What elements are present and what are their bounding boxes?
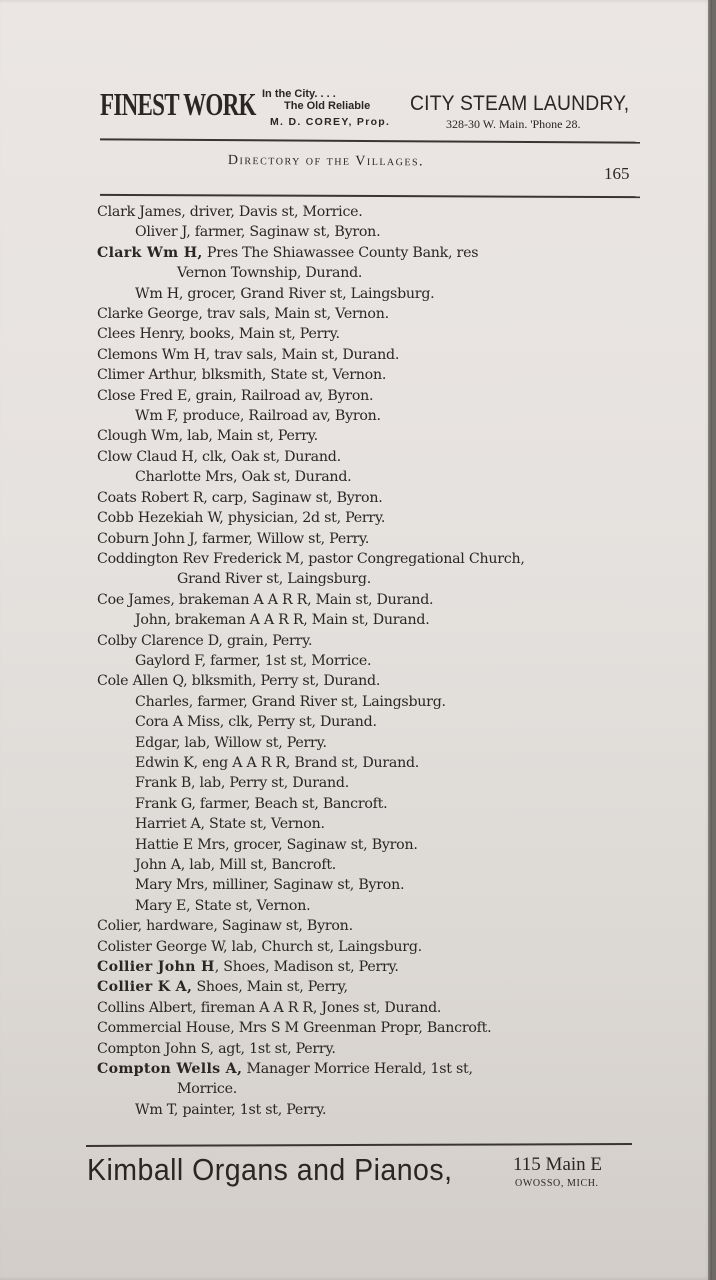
- entry-text: Mary E, State st, Vernon.: [135, 898, 310, 914]
- entry-text: Cobb Hezekiah W, physician, 2d st, Perry…: [97, 510, 385, 526]
- entry-bold-name: Clark Wm H,: [97, 245, 203, 261]
- directory-entry: Vernon Township, Durand.: [97, 263, 657, 283]
- entry-text: Coe James, brakeman A A R R, Main st, Du…: [97, 592, 433, 608]
- directory-entry: Charlotte Mrs, Oak st, Durand.: [97, 467, 657, 487]
- entry-bold-name: Collier John H: [97, 959, 215, 975]
- directory-entry: Grand River st, Laingsburg.: [97, 569, 657, 589]
- page-number: 165: [604, 164, 630, 184]
- entry-text: Wm H, grocer, Grand River st, Laingsburg…: [135, 286, 434, 302]
- directory-entry: Cole Allen Q, blksmith, Perry st, Durand…: [97, 671, 657, 691]
- entry-text: Pres The Shiawassee County Bank, res: [203, 245, 479, 261]
- entry-text: Charles, farmer, Grand River st, Laingsb…: [135, 694, 446, 710]
- entry-text: Morrice.: [177, 1081, 237, 1097]
- directory-entry: Frank G, farmer, Beach st, Bancroft.: [97, 794, 657, 814]
- entry-text: Climer Arthur, blksmith, State st, Verno…: [97, 367, 386, 383]
- directory-entry: Clark James, driver, Davis st, Morrice.: [97, 202, 657, 222]
- directory-entry: Hattie E Mrs, grocer, Saginaw st, Byron.: [97, 835, 657, 855]
- entry-text: Manager Morrice Herald, 1st st,: [242, 1061, 473, 1077]
- entry-text: Collins Albert, fireman A A R R, Jones s…: [97, 1000, 441, 1016]
- entry-text: Grand River st, Laingsburg.: [177, 571, 371, 587]
- entry-text: Wm F, produce, Railroad av, Byron.: [135, 408, 381, 424]
- ad-business-name: CITY STEAM LAUNDRY,: [410, 92, 629, 116]
- footer-advertisement: Kimball Organs and Pianos, 115 Main E OW…: [87, 1152, 647, 1200]
- entry-text: Mary Mrs, milliner, Saginaw st, Byron.: [135, 877, 404, 893]
- entry-text: Hattie E Mrs, grocer, Saginaw st, Byron.: [135, 837, 418, 853]
- directory-entry: Frank B, lab, Perry st, Durand.: [97, 773, 657, 793]
- footer-ad-address: 115 Main E: [513, 1154, 602, 1176]
- directory-entry: Morrice.: [97, 1079, 657, 1099]
- directory-entry: Gaylord F, farmer, 1st st, Morrice.: [97, 651, 657, 671]
- directory-entry: Coats Robert R, carp, Saginaw st, Byron.: [97, 488, 657, 508]
- book-page: FINEST WORK In the City. . . . The Old R…: [0, 0, 712, 1280]
- directory-listing: Clark James, driver, Davis st, Morrice.O…: [97, 202, 657, 1120]
- page-edge: [708, 0, 712, 1280]
- entry-text: Edwin K, eng A A R R, Brand st, Durand.: [135, 755, 419, 771]
- directory-entry: Colister George W, lab, Church st, Laing…: [97, 937, 657, 957]
- entry-bold-name: Collier K A,: [97, 979, 192, 995]
- entry-text: Clow Claud H, clk, Oak st, Durand.: [97, 449, 341, 465]
- directory-entry: John, brakeman A A R R, Main st, Durand.: [97, 610, 657, 630]
- entry-text: Coddington Rev Frederick M, pastor Congr…: [97, 551, 525, 567]
- directory-entry: Charles, farmer, Grand River st, Laingsb…: [97, 692, 657, 712]
- entry-text: Compton John S, agt, 1st st, Perry.: [97, 1041, 336, 1057]
- directory-entry: Cora A Miss, clk, Perry st, Durand.: [97, 712, 657, 732]
- directory-entry: Edwin K, eng A A R R, Brand st, Durand.: [97, 753, 657, 773]
- directory-entry: Close Fred E, grain, Railroad av, Byron.: [97, 386, 657, 406]
- ad-proprietor: M. D. COREY, Prop.: [270, 116, 390, 128]
- directory-entry: Commercial House, Mrs S M Greenman Propr…: [97, 1018, 657, 1038]
- entry-text: Edgar, lab, Willow st, Perry.: [135, 735, 327, 751]
- directory-entry: Colier, hardware, Saginaw st, Byron.: [97, 916, 657, 936]
- directory-entry: Wm F, produce, Railroad av, Byron.: [97, 406, 657, 426]
- entry-text: Close Fred E, grain, Railroad av, Byron.: [97, 388, 373, 404]
- header-divider: [100, 138, 640, 143]
- directory-entry: Oliver J, farmer, Saginaw st, Byron.: [97, 222, 657, 242]
- directory-entry: Coe James, brakeman A A R R, Main st, Du…: [97, 590, 657, 610]
- directory-entry: Coburn John J, farmer, Willow st, Perry.: [97, 529, 657, 549]
- directory-entry: Clough Wm, lab, Main st, Perry.: [97, 426, 657, 446]
- directory-entry: Compton John S, agt, 1st st, Perry.: [97, 1039, 657, 1059]
- entry-text: Coburn John J, farmer, Willow st, Perry.: [97, 531, 369, 547]
- directory-entry: Climer Arthur, blksmith, State st, Verno…: [97, 365, 657, 385]
- directory-entry: Edgar, lab, Willow st, Perry.: [97, 733, 657, 753]
- directory-entry: Coddington Rev Frederick M, pastor Congr…: [97, 549, 657, 569]
- entry-text: Clough Wm, lab, Main st, Perry.: [97, 428, 318, 444]
- header-advertisement: FINEST WORK In the City. . . . The Old R…: [100, 86, 640, 134]
- directory-entry: Clow Claud H, clk, Oak st, Durand.: [97, 447, 657, 467]
- directory-entry: Collins Albert, fireman A A R R, Jones s…: [97, 998, 657, 1018]
- directory-entry: Harriet A, State st, Vernon.: [97, 814, 657, 834]
- ad-headline: FINEST WORK: [100, 86, 256, 122]
- entry-text: Vernon Township, Durand.: [177, 265, 362, 281]
- entry-text: John A, lab, Mill st, Bancroft.: [135, 857, 336, 873]
- directory-entry: Wm H, grocer, Grand River st, Laingsburg…: [97, 284, 657, 304]
- directory-entry: Mary Mrs, milliner, Saginaw st, Byron.: [97, 875, 657, 895]
- entry-text: Frank G, farmer, Beach st, Bancroft.: [135, 796, 387, 812]
- entry-text: Coats Robert R, carp, Saginaw st, Byron.: [97, 490, 383, 506]
- entry-text: Charlotte Mrs, Oak st, Durand.: [135, 469, 351, 485]
- directory-entry: Clark Wm H, Pres The Shiawassee County B…: [97, 243, 657, 263]
- entry-text: Clemons Wm H, trav sals, Main st, Durand…: [97, 347, 399, 363]
- entry-text: Colier, hardware, Saginaw st, Byron.: [97, 918, 353, 934]
- directory-entry: Wm T, painter, 1st st, Perry.: [97, 1100, 657, 1120]
- entry-text: , Shoes, Madison st, Perry.: [215, 959, 399, 975]
- directory-entry: Colby Clarence D, grain, Perry.: [97, 631, 657, 651]
- entry-text: Wm T, painter, 1st st, Perry.: [135, 1102, 326, 1118]
- directory-entry: John A, lab, Mill st, Bancroft.: [97, 855, 657, 875]
- entry-text: Cora A Miss, clk, Perry st, Durand.: [135, 714, 377, 730]
- footer-divider: [86, 1143, 632, 1147]
- directory-entry: Cobb Hezekiah W, physician, 2d st, Perry…: [97, 508, 657, 528]
- entry-text: Clark James, driver, Davis st, Morrice.: [97, 204, 363, 220]
- running-head-title: Directory of the Villages.: [228, 153, 424, 170]
- ad-tagline-1: In the City. . . .: [262, 88, 336, 100]
- entry-text: Shoes, Main st, Perry,: [192, 979, 348, 995]
- entry-text: Clarke George, trav sals, Main st, Verno…: [97, 306, 389, 322]
- directory-entry: Collier K A, Shoes, Main st, Perry,: [97, 977, 657, 997]
- entry-text: Cole Allen Q, blksmith, Perry st, Durand…: [97, 673, 380, 689]
- directory-entry: Mary E, State st, Vernon.: [97, 896, 657, 916]
- directory-entry: Collier John H, Shoes, Madison st, Perry…: [97, 957, 657, 977]
- ad-tagline-2: The Old Reliable: [284, 100, 370, 112]
- directory-entry: Clees Henry, books, Main st, Perry.: [97, 324, 657, 344]
- entry-text: Clees Henry, books, Main st, Perry.: [97, 326, 340, 342]
- entry-text: Harriet A, State st, Vernon.: [135, 816, 325, 832]
- running-head-divider: [100, 194, 640, 198]
- entry-bold-name: Compton Wells A,: [97, 1061, 242, 1077]
- entry-text: Oliver J, farmer, Saginaw st, Byron.: [135, 224, 380, 240]
- entry-text: Colby Clarence D, grain, Perry.: [97, 633, 312, 649]
- entry-text: Gaylord F, farmer, 1st st, Morrice.: [135, 653, 371, 669]
- entry-text: Commercial House, Mrs S M Greenman Propr…: [97, 1020, 491, 1036]
- footer-ad-headline: Kimball Organs and Pianos,: [87, 1152, 452, 1188]
- entry-text: John, brakeman A A R R, Main st, Durand.: [135, 612, 429, 628]
- footer-ad-city: OWOSSO, MICH.: [515, 1178, 599, 1189]
- directory-entry: Compton Wells A, Manager Morrice Herald,…: [97, 1059, 657, 1079]
- entry-text: Colister George W, lab, Church st, Laing…: [97, 939, 422, 955]
- entry-text: Frank B, lab, Perry st, Durand.: [135, 775, 349, 791]
- directory-entry: Clemons Wm H, trav sals, Main st, Durand…: [97, 345, 657, 365]
- ad-address: 328-30 W. Main. 'Phone 28.: [446, 117, 581, 132]
- directory-entry: Clarke George, trav sals, Main st, Verno…: [97, 304, 657, 324]
